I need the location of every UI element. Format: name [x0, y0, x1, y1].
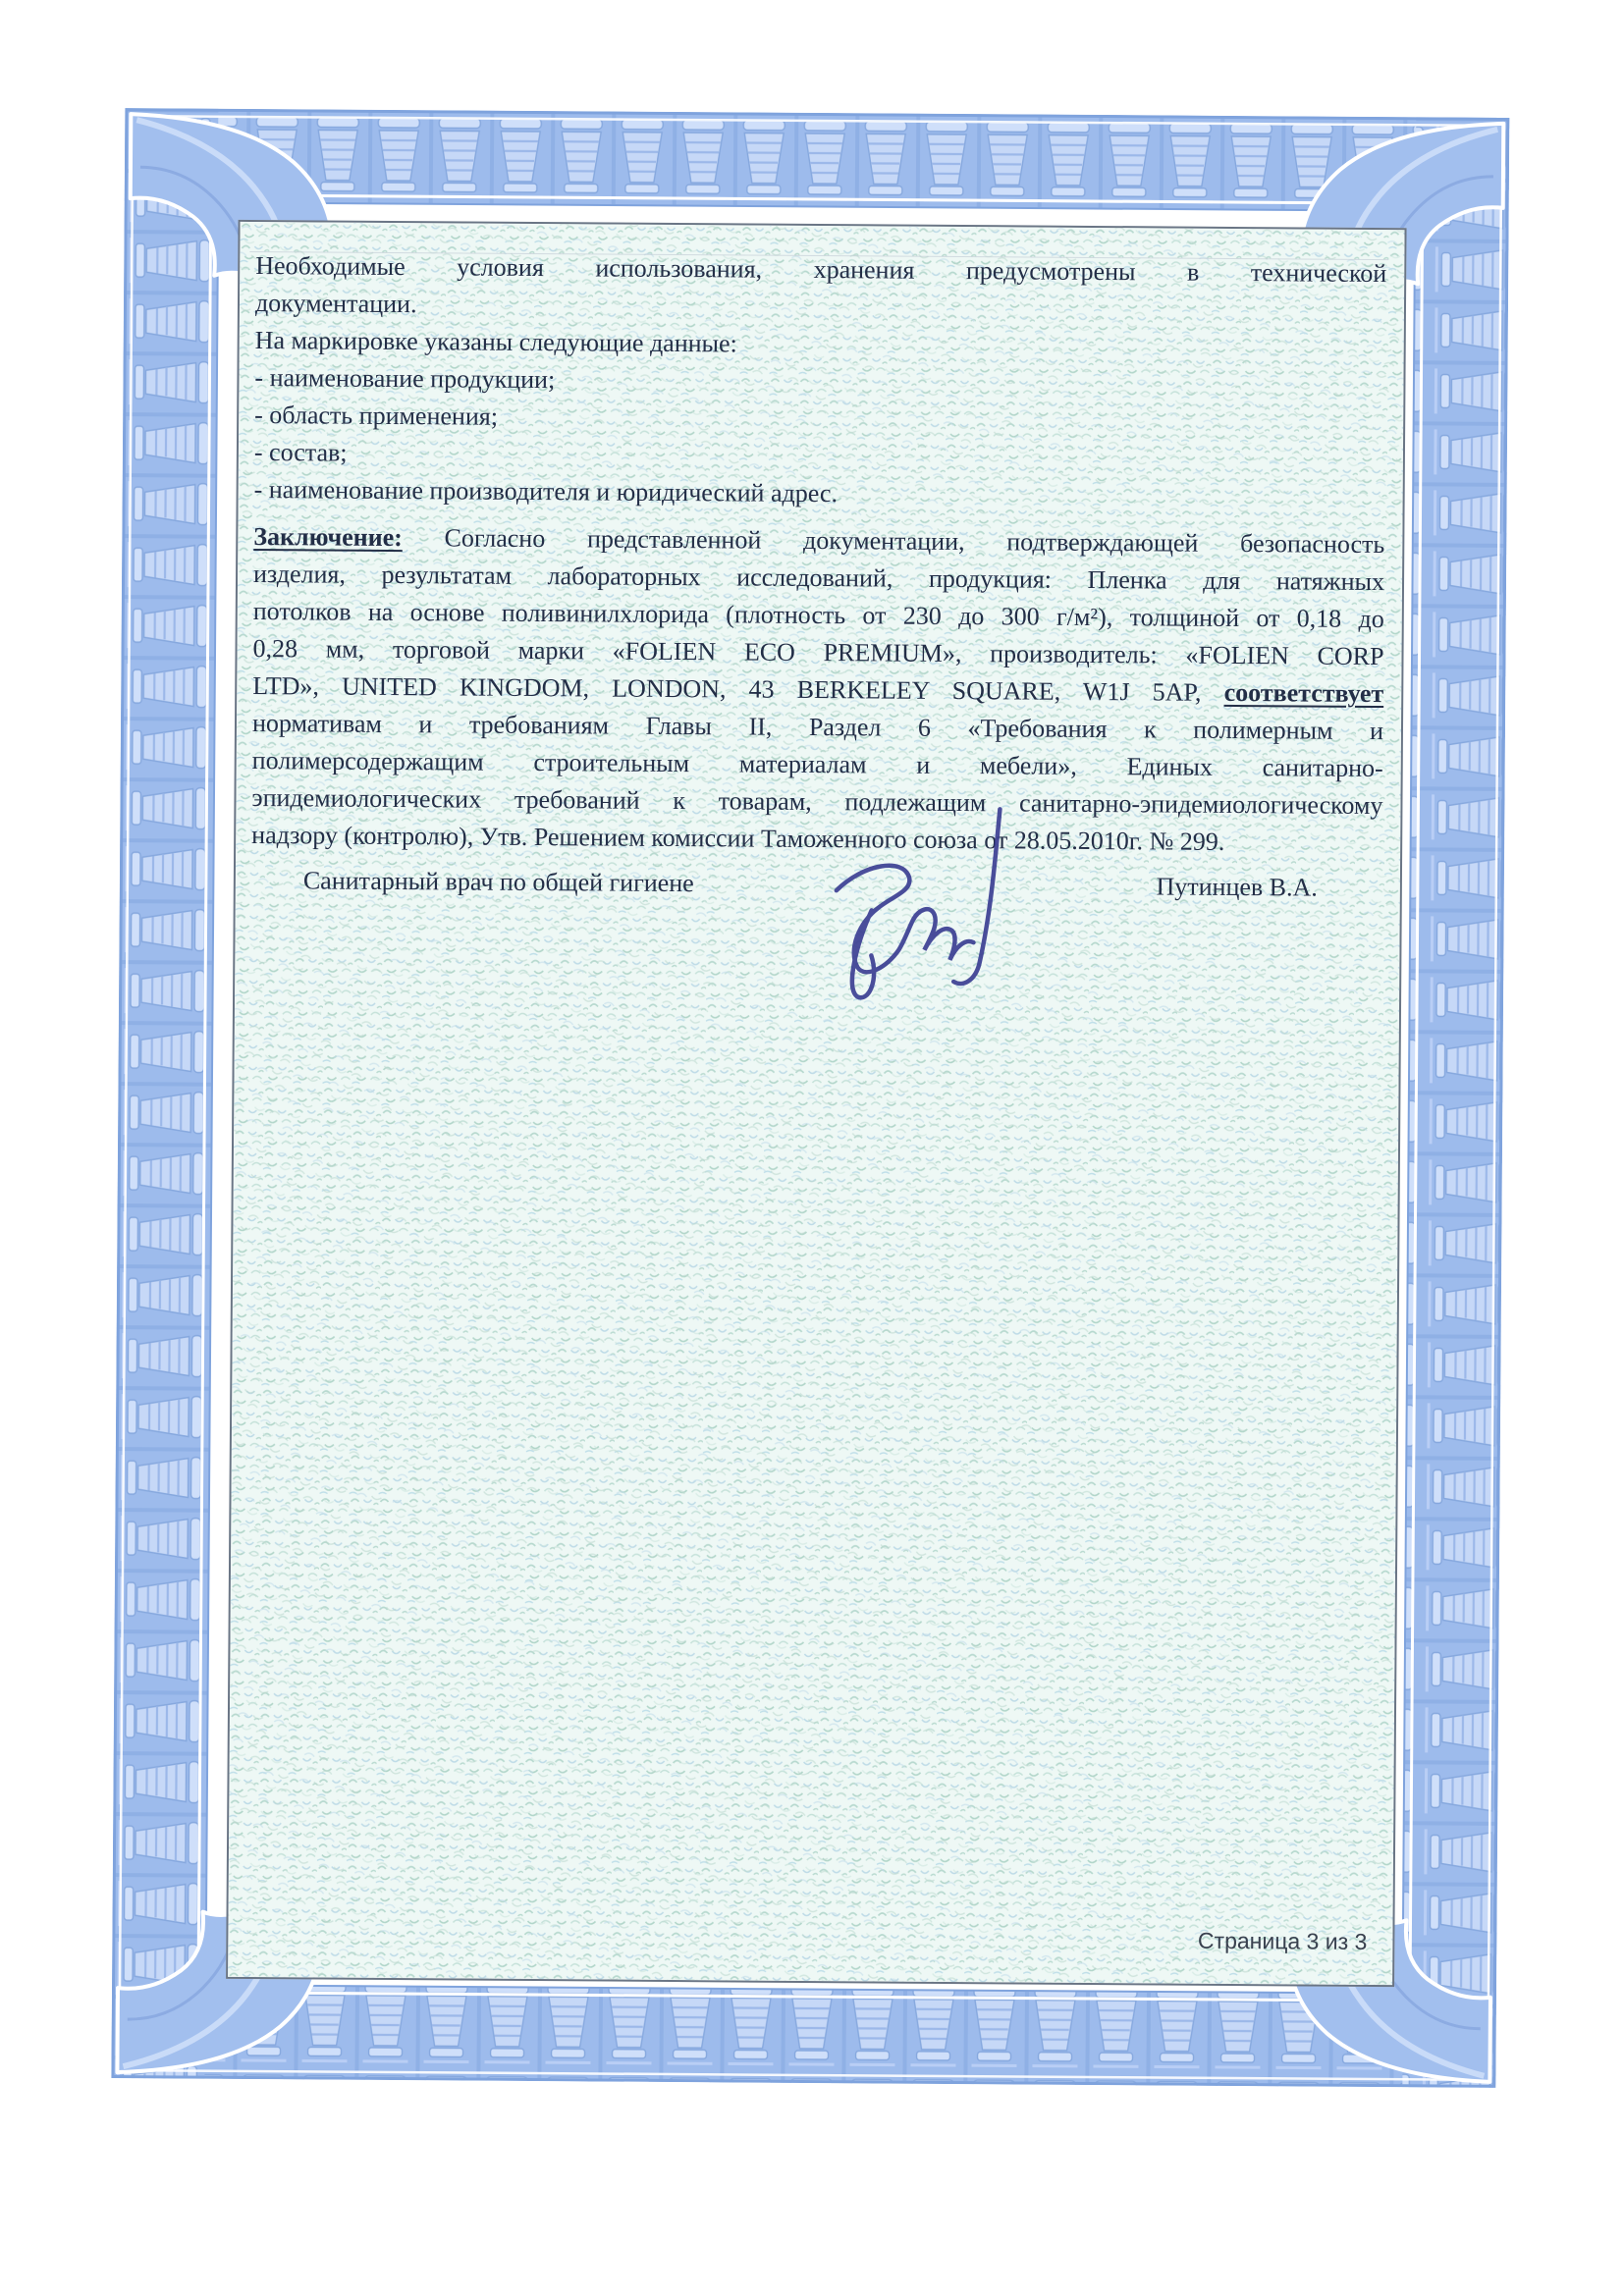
conclusion-label: Заключение:: [253, 522, 403, 552]
signatory-role: Санитарный врач по общей гигиене: [303, 862, 694, 902]
marking-list: - наименование продукции; - область прим…: [254, 359, 1386, 516]
signatory-name: Путинцев В.А.: [1156, 868, 1318, 906]
intro-paragraph: Необходимые условия использования, хране…: [255, 247, 1387, 330]
text-segment: LTD», UNITED KINGDOM, LONDON, 43 BERKELE…: [252, 671, 1224, 707]
page-number: Страница 3 из 3: [1198, 1928, 1368, 1955]
list-item: - область применения;: [254, 397, 1385, 442]
signature-scribble: [806, 800, 1043, 1013]
text-segment: Согласно представленной документации, по…: [403, 523, 1385, 559]
list-item: - наименование производителя и юридическ…: [254, 471, 1385, 516]
text-line: Необходимые условия использования, хране…: [255, 247, 1386, 293]
scanned-page: Необходимые условия использования, хране…: [0, 0, 1624, 2296]
content-area: Необходимые условия использования, хране…: [226, 220, 1406, 1987]
conforms-emphasis: соответствует: [1224, 678, 1384, 708]
